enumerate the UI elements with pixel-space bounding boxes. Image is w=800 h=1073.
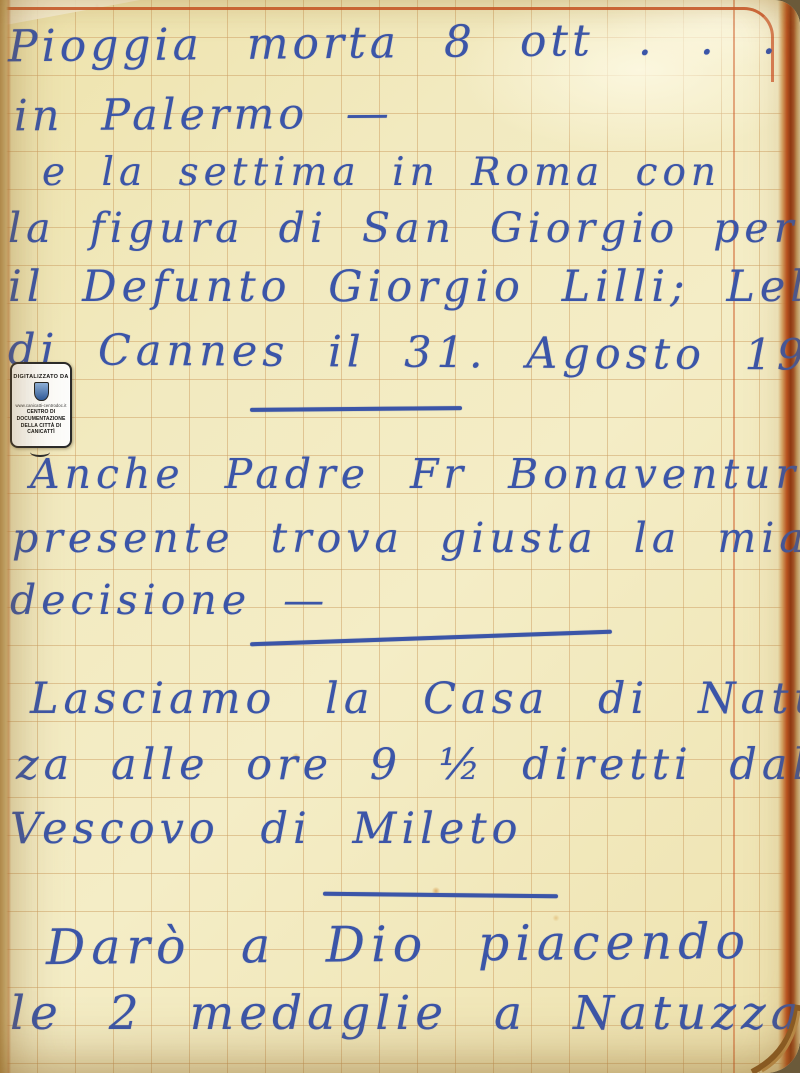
coat-of-arms-icon xyxy=(34,382,49,401)
ink-divider xyxy=(250,406,462,412)
handwritten-line: decisione — xyxy=(10,576,329,624)
handwritten-line: il Defunto Giorgio Lilli; Lelo xyxy=(8,262,800,312)
handwritten-line: Pioggia morta 8 ott . . . . . (69 xyxy=(8,11,800,73)
handwritten-line: le 2 medaglie a Natuzza xyxy=(10,986,800,1041)
stamp-url: www.canicatti-centrodoc.it xyxy=(15,403,66,408)
ink-divider xyxy=(250,630,612,647)
archive-stamp: DIGITALIZZATO DA www.canicatti-centrodoc… xyxy=(10,362,72,448)
ink-divider xyxy=(323,892,558,898)
handwritten-line: in Palermo — xyxy=(14,89,393,142)
stamp-org-line1: CENTRO DI DOCUMENTAZIONE xyxy=(13,409,69,423)
stamp-bottom-bracket xyxy=(30,447,50,457)
page-left-binding-edge xyxy=(0,0,11,1073)
handwritten-line: di Cannes il 31. Agosto 1949 xyxy=(8,325,800,381)
stamp-org-line2: DELLA CITTÀ DI CANICATTÌ xyxy=(13,423,69,437)
handwritten-line: Darò a Dio piacendo xyxy=(46,913,751,976)
notebook-page: Pioggia morta 8 ott . . . . . (69 in Pal… xyxy=(0,0,800,1073)
stamp-header: DIGITALIZZATO DA xyxy=(13,374,68,380)
handwritten-line: Anche Padre Fr Bonaventura xyxy=(30,450,800,498)
handwritten-line: e la settima in Roma con xyxy=(42,150,721,195)
page-curl xyxy=(748,1001,800,1073)
handwritten-line: za alle ore 9 ½ diretti dal” xyxy=(16,740,800,790)
handwritten-line: presente trova giusta la mia xyxy=(12,514,800,562)
handwritten-line: Lasciamo la Casa di Natuz xyxy=(30,674,800,724)
handwritten-line: la figura di San Giorgio per xyxy=(8,204,798,252)
handwritten-line: Vescovo di Mileto xyxy=(10,804,523,854)
